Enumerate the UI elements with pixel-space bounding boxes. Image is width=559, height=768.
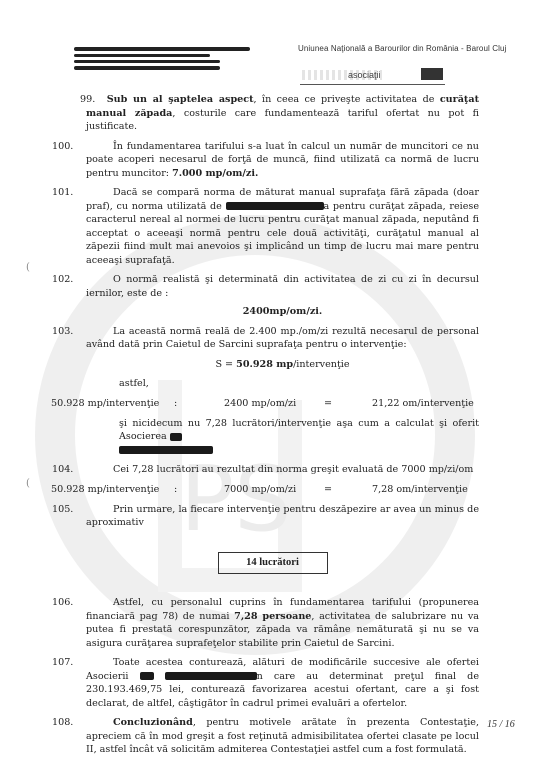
paragraph-106: 106. Astfel, cu personalul cuprins în fu… xyxy=(86,596,479,650)
paragraph-108: 108. Concluzionând, pentru motivele arăt… xyxy=(86,716,479,757)
calculation-row-2400: 50.928 mp/intervenţie : 2400 mp/om/zi = … xyxy=(86,397,479,411)
margin-mark: ( xyxy=(26,262,30,273)
paragraph-107: 107. Toate acestea contureazā, alături d… xyxy=(86,656,479,710)
workers-deficit-box: 14 lucrători xyxy=(218,552,328,575)
bar-association-title: Uniunea Naţională a Barourilor din Român… xyxy=(298,44,506,53)
paragraph-99: 99. Sub un al şaptelea aspect, în ceea c… xyxy=(86,93,479,134)
redacted-name xyxy=(140,672,154,680)
conclusion-line: şi nicidecum nu 7,28 lucrători/intervenţ… xyxy=(86,417,479,458)
paragraph-104: 104. Cei 7,28 lucrători au rezultat din … xyxy=(86,463,479,477)
paragraph-103: 103. La această normă reală de 2.400 mp.… xyxy=(86,325,479,352)
logo-redacted-block xyxy=(421,68,443,80)
redacted-name xyxy=(119,446,213,454)
paragraph-100: 100. În fundamentarea tarifului s-a luat… xyxy=(86,140,479,181)
paragraph-102: 102. O normă realistă şi determinată din… xyxy=(86,273,479,300)
firm-logo: asociaţii xyxy=(300,68,445,85)
astfel-label: astfel, xyxy=(86,377,479,391)
redacted-address-block xyxy=(74,47,254,73)
surface-formula: S = 50.928 mp/intervenţie xyxy=(86,358,479,372)
margin-mark: ( xyxy=(26,478,30,489)
paragraph-105: 105. Prin urmare, la fiecare intervenţie… xyxy=(86,503,479,530)
redacted-name xyxy=(226,202,324,210)
page-number: 15 / 16 xyxy=(487,719,515,730)
redacted-name xyxy=(165,672,257,680)
redacted-name xyxy=(170,433,182,441)
document-body: 99. Sub un al şaptelea aspect, în ceea c… xyxy=(86,93,479,763)
paragraph-101: 101. Dacă se compară norma de măturat ma… xyxy=(86,186,479,267)
logo-text: asociaţii xyxy=(348,70,381,80)
norm-highlight: 2400mp/om/zi. xyxy=(86,305,479,319)
calculation-row-7000: 50.928 mp/intervenţie : 7000 mp/om/zi = … xyxy=(86,483,479,497)
